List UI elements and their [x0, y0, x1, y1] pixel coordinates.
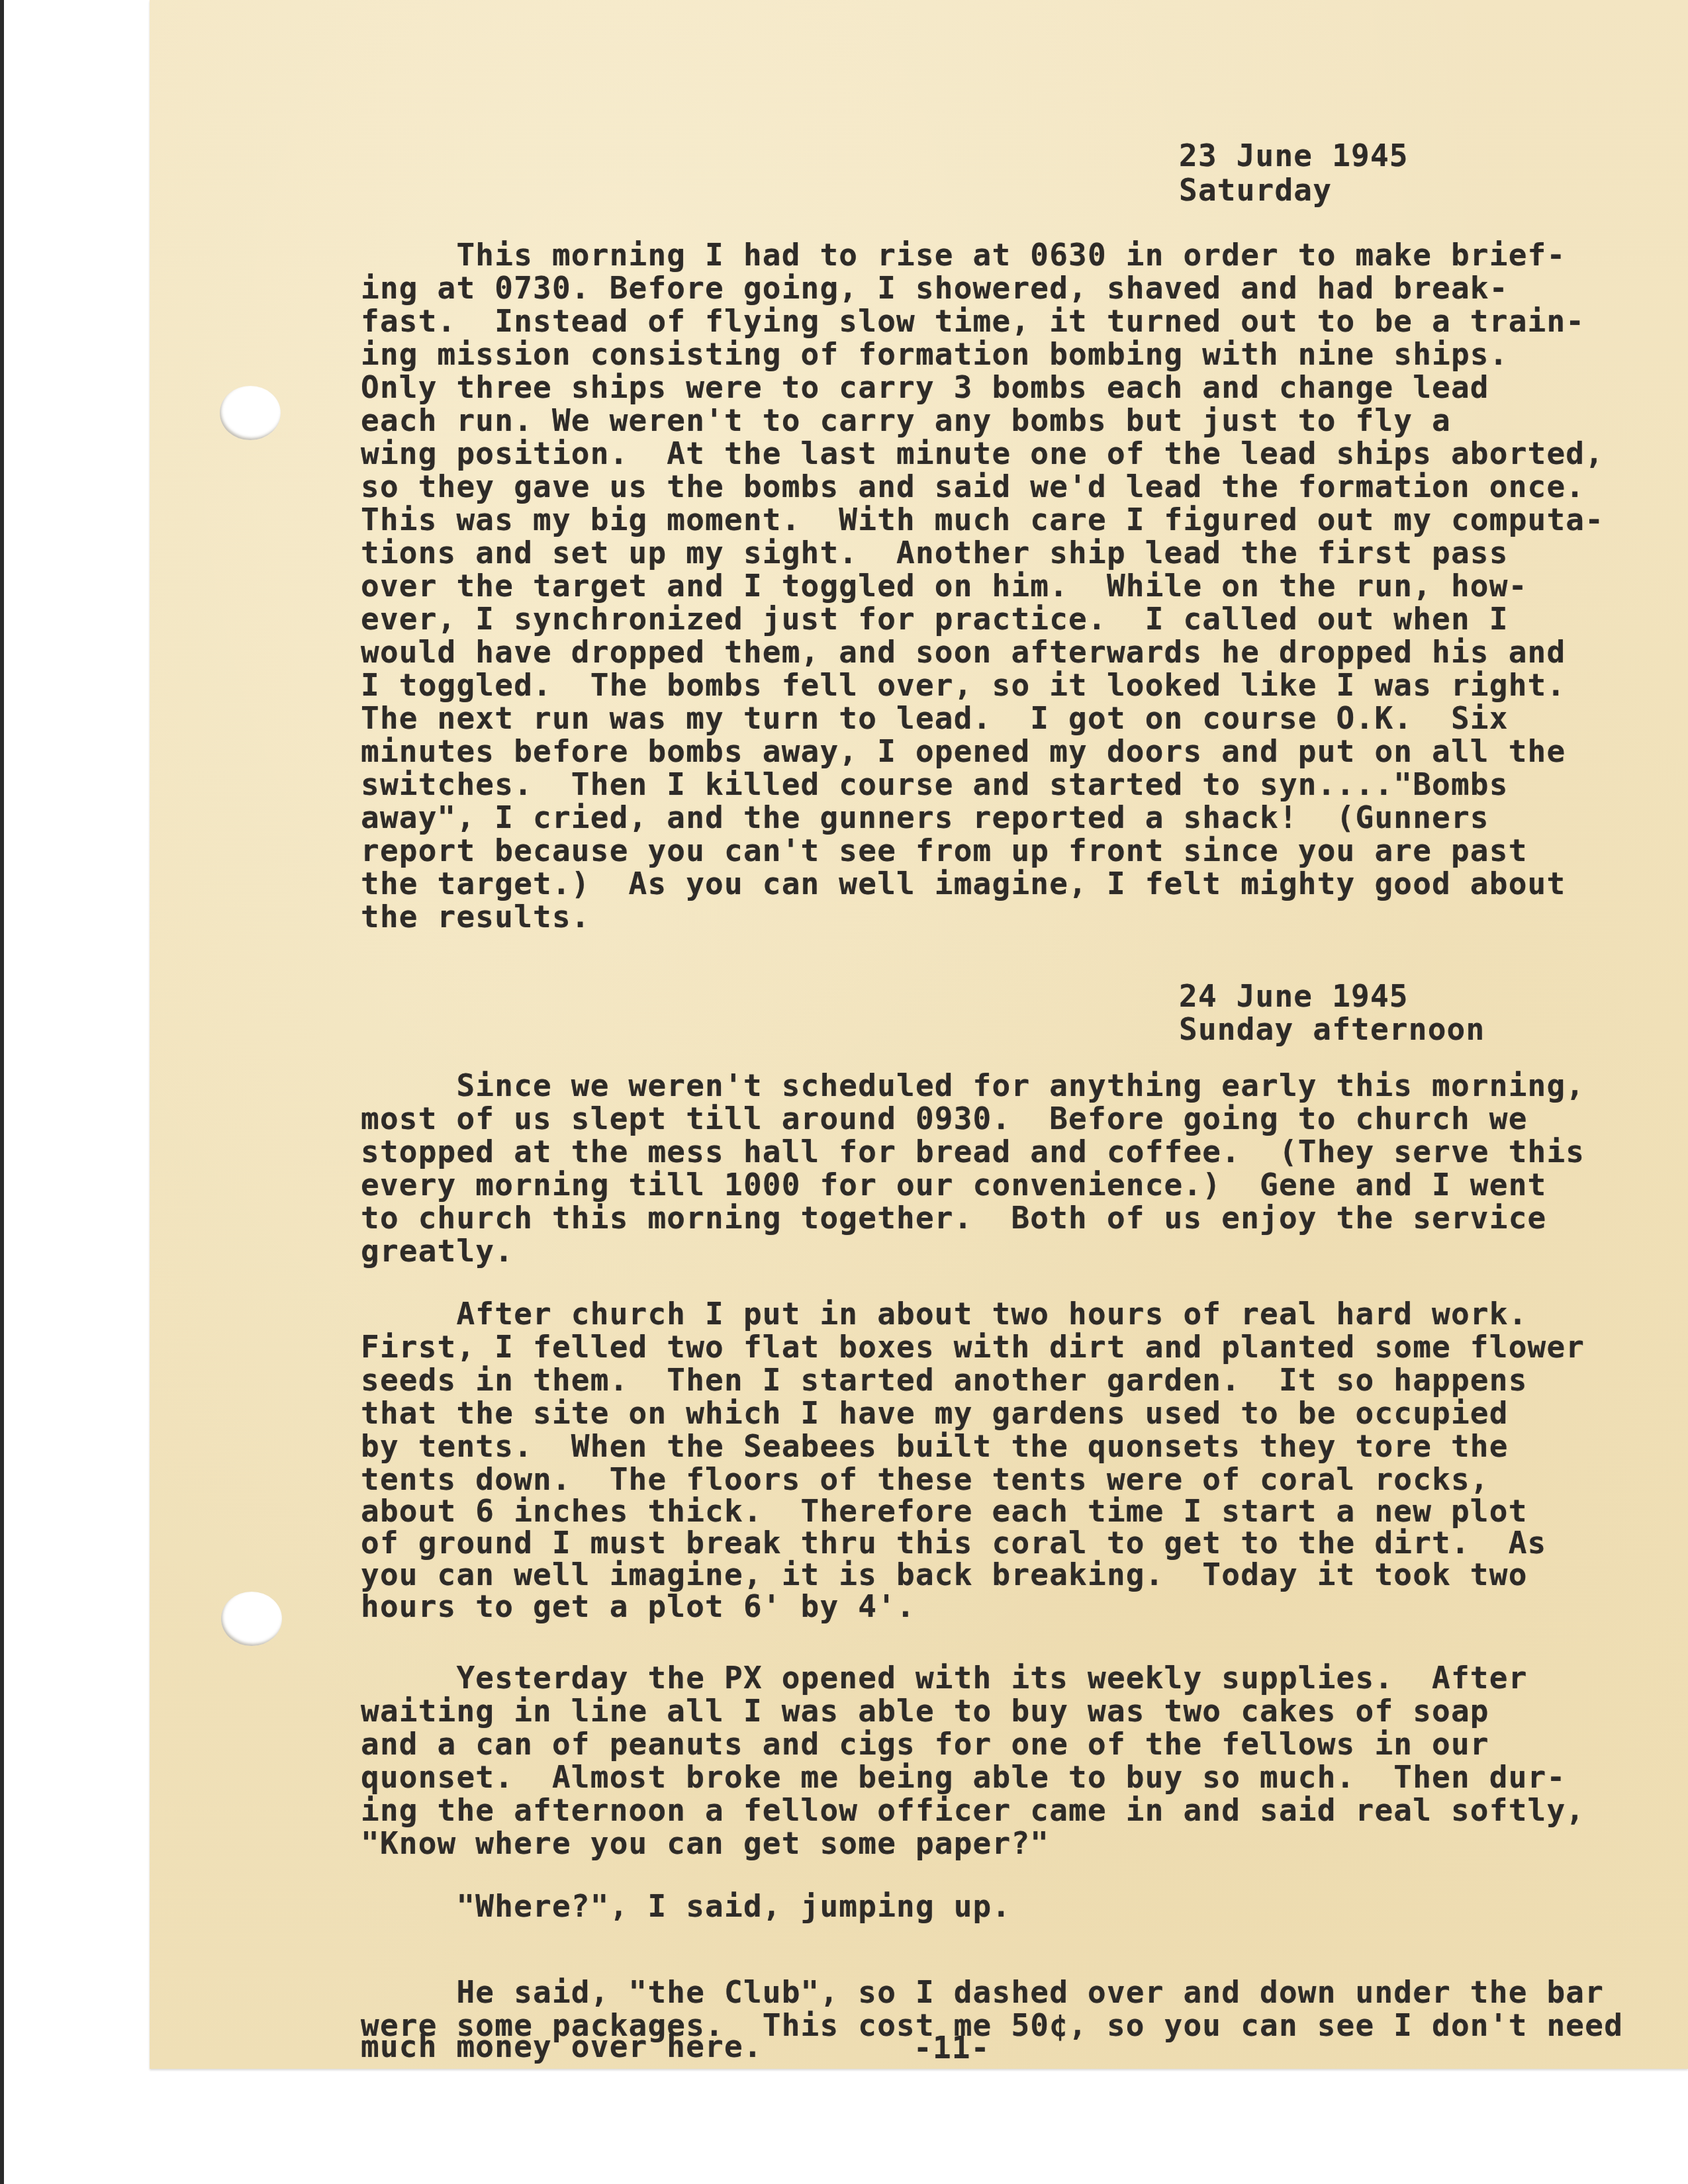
text-line: by tents. When the Seabees built the quo… — [361, 1430, 1509, 1463]
text-line: about 6 inches thick. Therefore each tim… — [361, 1494, 1528, 1527]
text-line: greatly. — [361, 1234, 514, 1267]
entry-2-date: 24 June 1945 — [1179, 979, 1409, 1013]
text-line: much money over here. — [361, 2030, 763, 2063]
text-line: Since we weren't scheduled for anything … — [361, 1069, 1585, 1102]
text-line: "Know where you can get some paper?" — [361, 1827, 1049, 1860]
text-line: He said, "the Club", so I dashed over an… — [361, 1976, 1604, 2009]
scanner-edge — [0, 0, 4, 2184]
text-line: I toggled. The bombs fell over, so it lo… — [361, 668, 1566, 702]
text-line: First, I felled two flat boxes with dirt… — [361, 1330, 1585, 1363]
text-line: The next run was my turn to lead. I got … — [361, 702, 1509, 735]
text-line: seeds in them. Then I started another ga… — [361, 1363, 1528, 1396]
text-line: report because you can't see from up fro… — [361, 834, 1528, 867]
punch-hole-top — [220, 386, 281, 440]
text-line: the target.) As you can well imagine, I … — [361, 867, 1566, 900]
entry-1-date: 23 June 1945 — [1179, 139, 1409, 172]
punch-hole-bottom — [221, 1592, 282, 1646]
text-line: Yesterday the PX opened with its weekly … — [361, 1661, 1528, 1694]
text-line: ing the afternoon a fellow officer came … — [361, 1794, 1585, 1827]
text-line: This morning I had to rise at 0630 in or… — [361, 238, 1566, 271]
text-line: of ground I must break thru this coral t… — [361, 1526, 1546, 1559]
text-line: tents down. The floors of these tents we… — [361, 1463, 1489, 1496]
text-line: ing at 0730. Before going, I showered, s… — [361, 271, 1509, 304]
text-line: stopped at the mess hall for bread and c… — [361, 1135, 1585, 1168]
text-line: After church I put in about two hours of… — [361, 1297, 1528, 1330]
text-line: over the target and I toggled on him. Wh… — [361, 569, 1528, 602]
text-line: would have dropped them, and soon afterw… — [361, 635, 1566, 668]
text-line: most of us slept till around 0930. Befor… — [361, 1102, 1528, 1135]
text-line: you can well imagine, it is back breakin… — [361, 1558, 1528, 1591]
text-line: quonset. Almost broke me being able to b… — [361, 1760, 1566, 1794]
entry-2-day: Sunday afternoon — [1179, 1013, 1485, 1046]
text-line: each run. We weren't to carry any bombs … — [361, 404, 1451, 437]
text-line: hours to get a plot 6' by 4'. — [361, 1590, 915, 1623]
text-line: switches. Then I killed course and start… — [361, 768, 1509, 801]
text-line: to church this morning together. Both of… — [361, 1201, 1546, 1234]
text-line: wing position. At the last minute one of… — [361, 437, 1604, 470]
text-line: tions and set up my sight. Another ship … — [361, 536, 1509, 569]
text-line: waiting in line all I was able to buy wa… — [361, 1694, 1489, 1727]
text-line: minutes before bombs away, I opened my d… — [361, 735, 1566, 768]
text-line: ever, I synchronized just for practice. … — [361, 602, 1509, 635]
text-line: so they gave us the bombs and said we'd … — [361, 470, 1585, 503]
text-line: "Where?", I said, jumping up. — [361, 1889, 1011, 1923]
entry-2-body: Since we weren't scheduled for anything … — [361, 0, 399, 1059]
text-line: that the site on which I have my gardens… — [361, 1396, 1509, 1430]
entry-1-day: Saturday — [1179, 173, 1332, 206]
text-line: This was my big moment. With much care I… — [361, 503, 1604, 536]
text-line: fast. Instead of flying slow time, it tu… — [361, 304, 1585, 338]
text-line: away", I cried, and the gunners reported… — [361, 801, 1489, 834]
text-line: and a can of peanuts and cigs for one of… — [361, 1727, 1489, 1760]
text-line: ing mission consisting of formation bomb… — [361, 338, 1509, 371]
text-line: every morning till 1000 for our convenie… — [361, 1168, 1546, 1201]
page-number: -11- — [914, 2031, 990, 2064]
text-line: Only three ships were to carry 3 bombs e… — [361, 371, 1489, 404]
